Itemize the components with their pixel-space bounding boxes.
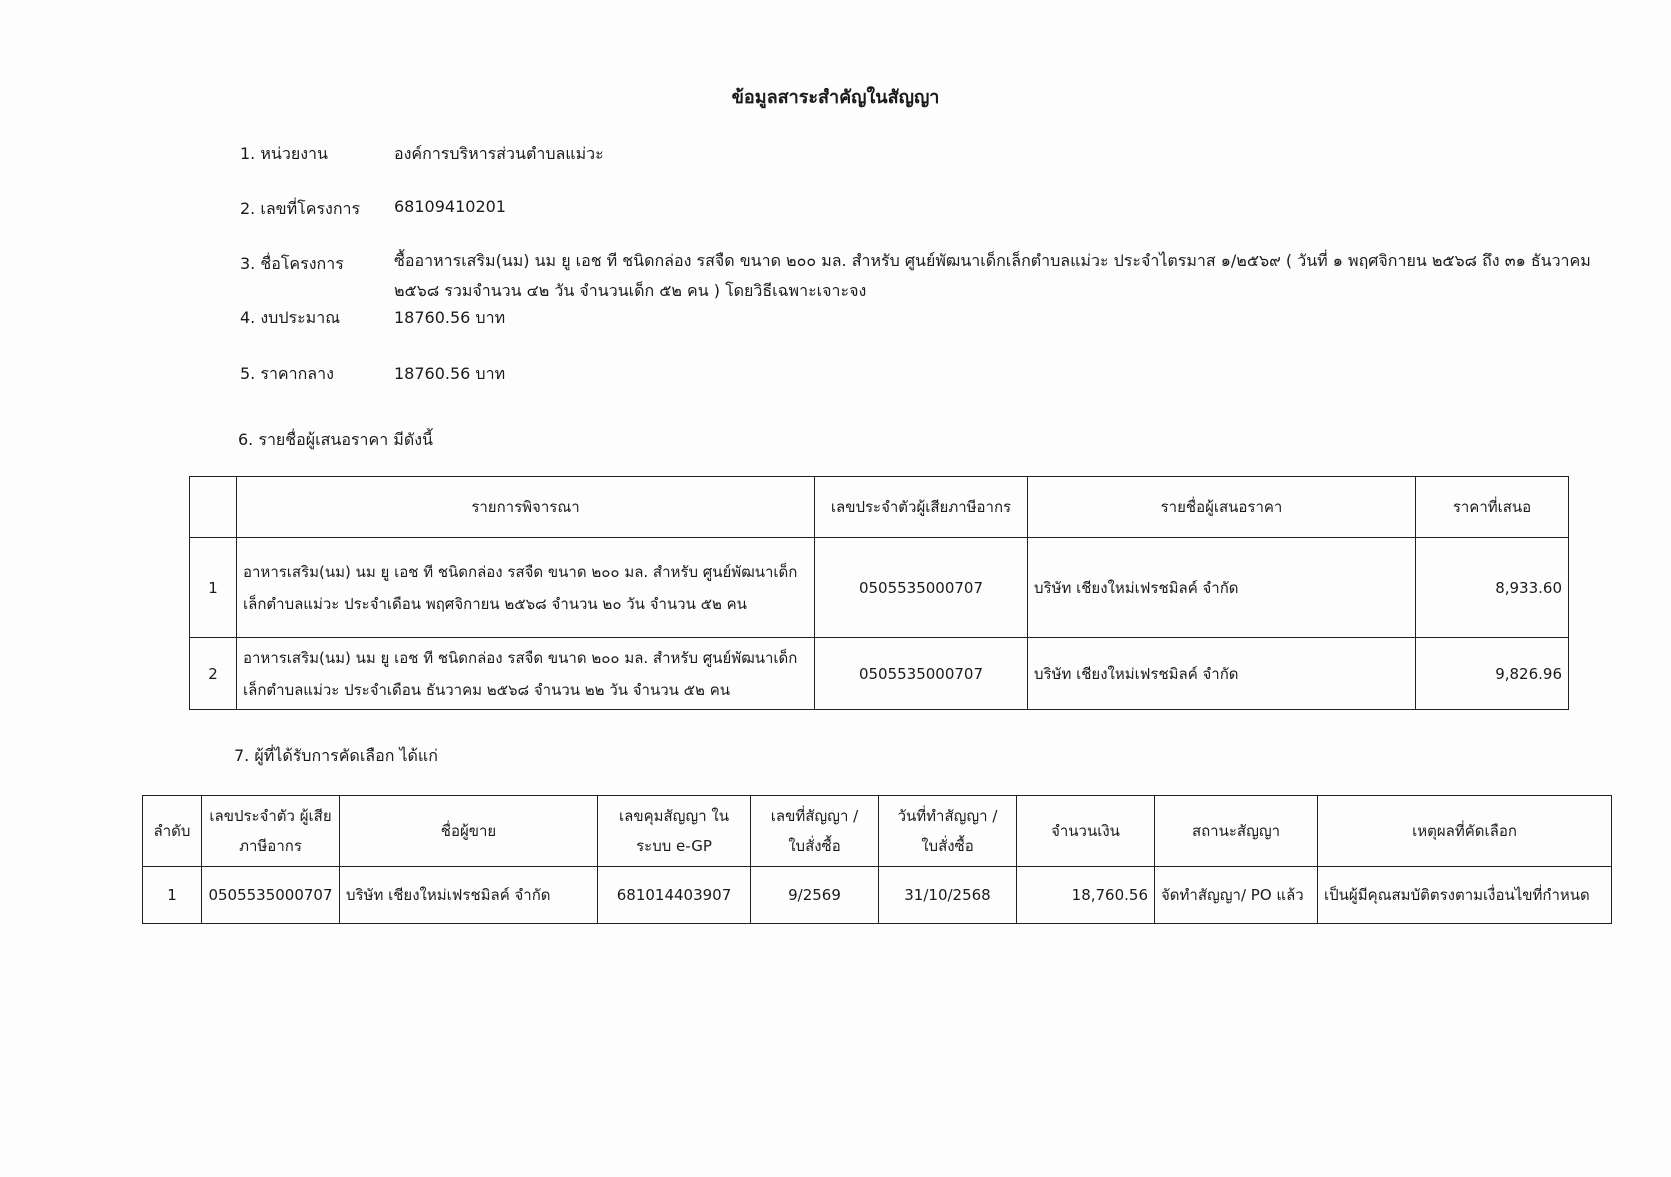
header-contract-no: เลขที่สัญญา / ใบสั่งซื้อ (751, 796, 879, 867)
field-value-project-no: 68109410201 (394, 197, 506, 216)
table-row: 1 อาหารเสริม(นม) นม ยู เอช ที ชนิดกล่อง … (190, 538, 1569, 638)
header-no: ลำดับ (143, 796, 202, 867)
row-tax-id: 0505535000707 (202, 867, 340, 924)
row-item: อาหารเสริม(นม) นม ยู เอช ที ชนิดกล่อง รส… (237, 538, 815, 638)
field-label-project-no: 2. เลขที่โครงการ (240, 197, 360, 222)
table-row: 2 อาหารเสริม(นม) นม ยู เอช ที ชนิดกล่อง … (190, 638, 1569, 710)
header-reason: เหตุผลที่คัดเลือก (1318, 796, 1612, 867)
table-header-row: ลำดับ เลขประจำตัว ผู้เสียภาษีอากร ชื่อผู… (143, 796, 1612, 867)
row-contract-no: 9/2569 (751, 867, 879, 924)
row-no: 1 (190, 538, 237, 638)
field-value-agency: องค์การบริหารส่วนตำบลแม่วะ (394, 142, 604, 167)
header-price: ราคาที่เสนอ (1416, 477, 1569, 538)
row-item: อาหารเสริม(นม) นม ยู เอช ที ชนิดกล่อง รส… (237, 638, 815, 710)
field-label-agency: 1. หน่วยงาน (240, 142, 328, 167)
header-seller: ชื่อผู้ขาย (340, 796, 598, 867)
row-price: 9,826.96 (1416, 638, 1569, 710)
header-contract-date: วันที่ทำสัญญา / ใบสั่งซื้อ (879, 796, 1017, 867)
field-label-median-price: 5. ราคากลาง (240, 362, 334, 387)
field-value-project-name: ซื้ออาหารเสริม(นม) นม ยู เอช ที ชนิดกล่อ… (394, 246, 1594, 306)
section7-label: 7. ผู้ที่ได้รับการคัดเลือก ได้แก่ (234, 744, 438, 769)
field-label-budget: 4. งบประมาณ (240, 306, 340, 331)
header-bidder: รายชื่อผู้เสนอราคา (1028, 477, 1416, 538)
table-row: 1 0505535000707 บริษัท เชียงใหม่เฟรชมิลค… (143, 867, 1612, 924)
row-tax-id: 0505535000707 (815, 638, 1028, 710)
row-seller: บริษัท เชียงใหม่เฟรชมิลค์ จำกัด (340, 867, 598, 924)
header-egp-no: เลขคุมสัญญา ในระบบ e-GP (598, 796, 751, 867)
document-title: ข้อมูลสาระสำคัญในสัญญา (0, 82, 1671, 111)
header-no (190, 477, 237, 538)
row-egp-no: 681014403907 (598, 867, 751, 924)
table-header-row: รายการพิจารณา เลขประจำตัวผู้เสียภาษีอากร… (190, 477, 1569, 538)
row-status: จัดทำสัญญา/ PO แล้ว (1155, 867, 1318, 924)
row-tax-id: 0505535000707 (815, 538, 1028, 638)
header-status: สถานะสัญญา (1155, 796, 1318, 867)
field-label-project-name: 3. ชื่อโครงการ (240, 252, 344, 277)
header-tax-id: เลขประจำตัวผู้เสียภาษีอากร (815, 477, 1028, 538)
row-no: 1 (143, 867, 202, 924)
row-reason: เป็นผู้มีคุณสมบัติตรงตามเงื่อนไขที่กำหนด (1318, 867, 1612, 924)
field-value-median-price: 18760.56 บาท (394, 362, 505, 387)
winners-table: ลำดับ เลขประจำตัว ผู้เสียภาษีอากร ชื่อผู… (142, 795, 1612, 924)
row-bidder: บริษัท เชียงใหม่เฟรชมิลค์ จำกัด (1028, 538, 1416, 638)
header-item: รายการพิจารณา (237, 477, 815, 538)
row-no: 2 (190, 638, 237, 710)
section6-label: 6. รายชื่อผู้เสนอราคา มีดังนี้ (238, 428, 433, 453)
row-bidder: บริษัท เชียงใหม่เฟรชมิลค์ จำกัด (1028, 638, 1416, 710)
header-amount: จำนวนเงิน (1017, 796, 1155, 867)
row-amount: 18,760.56 (1017, 867, 1155, 924)
bidders-table: รายการพิจารณา เลขประจำตัวผู้เสียภาษีอากร… (189, 476, 1569, 710)
row-price: 8,933.60 (1416, 538, 1569, 638)
header-tax-id: เลขประจำตัว ผู้เสียภาษีอากร (202, 796, 340, 867)
field-value-budget: 18760.56 บาท (394, 306, 505, 331)
row-contract-date: 31/10/2568 (879, 867, 1017, 924)
